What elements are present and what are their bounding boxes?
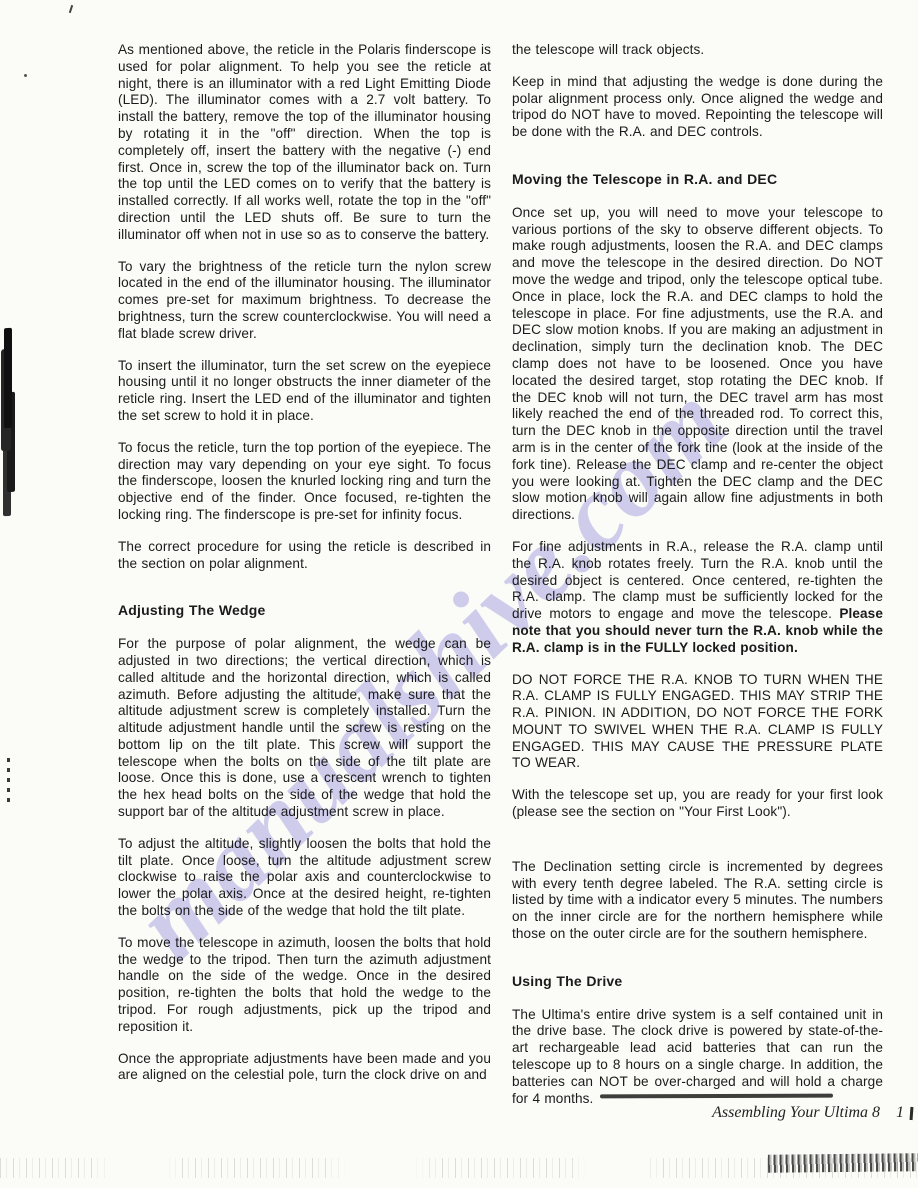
scan-artifact-speck <box>69 5 73 13</box>
paragraph: The correct procedure for using the reti… <box>118 539 491 573</box>
scan-artifact-speck <box>24 74 27 77</box>
footer-page-number-cutoff-mark <box>910 1107 914 1120</box>
text-column-right: the telescope will track objects. Keep i… <box>512 42 883 1122</box>
scan-artifact-smear-line <box>600 1094 833 1099</box>
paragraph: As mentioned above, the reticle in the P… <box>118 42 491 244</box>
paragraph: The Ultima's entire drive system is a se… <box>512 1007 883 1108</box>
paragraph: The Declination setting circle is increm… <box>512 859 883 943</box>
section-heading-using-the-drive: Using The Drive <box>512 973 883 990</box>
section-heading-moving-telescope-ra-dec: Moving the Telescope in R.A. and DEC <box>512 171 883 188</box>
paragraph-warning-caps: DO NOT FORCE THE R.A. KNOB TO TURN WHEN … <box>512 672 883 773</box>
text-column-left: As mentioned above, the reticle in the P… <box>118 42 491 1099</box>
scan-artifact-left-edge-dashes <box>7 758 10 804</box>
paragraph: the telescope will track objects. <box>512 42 883 59</box>
footer-chapter-title: Assembling Your Ultima 8 <box>512 1104 880 1122</box>
paragraph: For fine adjustments in R.A., release th… <box>512 539 883 657</box>
paragraph-text: For fine adjustments in R.A., release th… <box>512 539 883 621</box>
scan-artifact-bottom-right-noise <box>768 1153 918 1173</box>
paragraph: Keep in mind that adjusting the wedge is… <box>512 74 883 141</box>
paragraph: To adjust the altitude, slightly loosen … <box>118 836 491 920</box>
paragraph: To vary the brightness of the reticle tu… <box>118 259 491 343</box>
paragraph: With the telescope set up, you are ready… <box>512 787 883 821</box>
scanned-manual-page: manualshive.com As mentioned above, the … <box>0 0 918 1188</box>
section-heading-adjusting-the-wedge: Adjusting The Wedge <box>118 602 491 619</box>
paragraph: Once set up, you will need to move your … <box>512 205 883 524</box>
paragraph: Once the appropriate adjustments have be… <box>118 1051 491 1085</box>
paragraph: To insert the illuminator, turn the set … <box>118 358 491 425</box>
paragraph: To move the telescope in azimuth, loosen… <box>118 935 491 1036</box>
scan-artifact-left-edge-blob <box>4 328 12 428</box>
paragraph: To focus the reticle, turn the top porti… <box>118 440 491 524</box>
paragraph: For the purpose of polar alignment, the … <box>118 636 491 821</box>
footer-page-number: 1 <box>896 1104 904 1122</box>
